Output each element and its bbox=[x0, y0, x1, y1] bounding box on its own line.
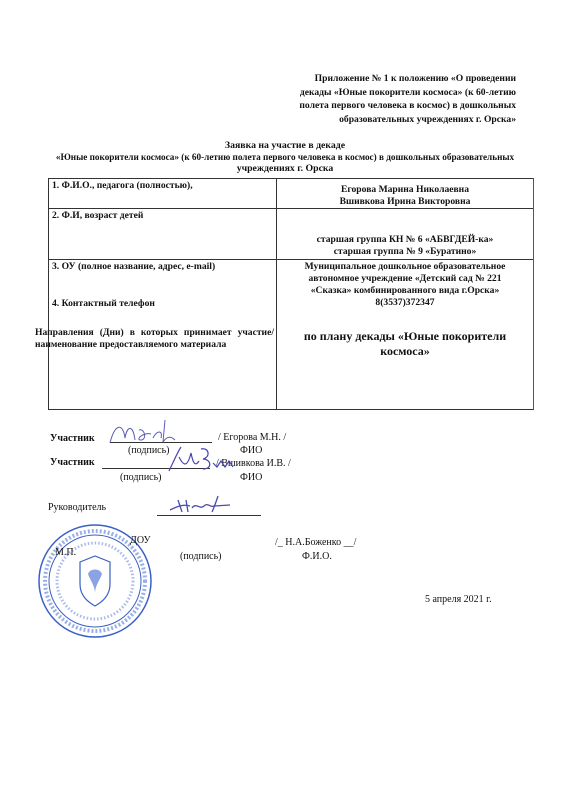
participant2-handwritten-signature bbox=[165, 443, 245, 475]
title-line: Заявка на участие в декаде bbox=[20, 140, 550, 152]
institution-info: Муниципальное дошкольное образовательное… bbox=[277, 261, 533, 309]
appendix-line: образовательных учреждениях г. Орска» bbox=[270, 113, 516, 127]
head-handwritten-signature bbox=[168, 494, 238, 516]
table-row-border bbox=[49, 178, 533, 179]
table-row-border bbox=[49, 259, 533, 260]
application-table: 1. Ф.И.О., педагога (полностью), Егорова… bbox=[48, 178, 534, 410]
title-line: учреждениях г. Орска bbox=[20, 163, 550, 175]
participant1-label: Участник bbox=[50, 433, 95, 444]
dou-label: ДОУ bbox=[130, 535, 151, 547]
head-label: Руководитель bbox=[48, 502, 106, 514]
directions-value: по плану декады «Юные покорители космоса… bbox=[277, 329, 533, 359]
document-title: Заявка на участие в декаде «Юные покорит… bbox=[20, 140, 550, 175]
document-date: 5 апреля 2021 г. bbox=[425, 594, 492, 606]
appendix-line: полета первого человека в космос) в дошк… bbox=[270, 99, 516, 113]
teacher-name-label: 1. Ф.И.О., педагога (полностью), bbox=[52, 180, 274, 192]
head-fio-caption: Ф.И.О. bbox=[302, 551, 332, 563]
children-groups: старшая группа КН № 6 «АБВГДЕЙ-ка» старш… bbox=[277, 234, 533, 258]
head-name: /_ Н.А.Боженко __/ bbox=[275, 537, 356, 549]
participant2-signature-caption: (подпись) bbox=[120, 472, 162, 484]
head-signature-caption: (подпись) bbox=[180, 551, 222, 563]
institution-label: 3. ОУ (полное название, адрес, e-mail) bbox=[52, 261, 274, 273]
appendix-line: Приложение № 1 к положению «О проведении bbox=[270, 72, 516, 86]
phone-label: 4. Контактный телефон bbox=[52, 298, 274, 310]
appendix-header: Приложение № 1 к положению «О проведении… bbox=[270, 72, 516, 126]
participant2-label: Участник bbox=[50, 457, 95, 468]
directions-label: Направления (Дни) в которых принимает уч… bbox=[35, 327, 274, 351]
appendix-line: декады «Юные покорители космоса» (к 60-л… bbox=[270, 86, 516, 100]
table-row-border bbox=[49, 208, 533, 209]
mp-label: М.П. bbox=[55, 547, 76, 559]
children-label: 2. Ф.И, возраст детей bbox=[52, 210, 274, 222]
title-line: «Юные покорители космоса» (к 60-летию по… bbox=[20, 152, 550, 164]
teacher-names: Егорова Марина Николаевна Вшивкова Ирина… bbox=[277, 184, 533, 208]
